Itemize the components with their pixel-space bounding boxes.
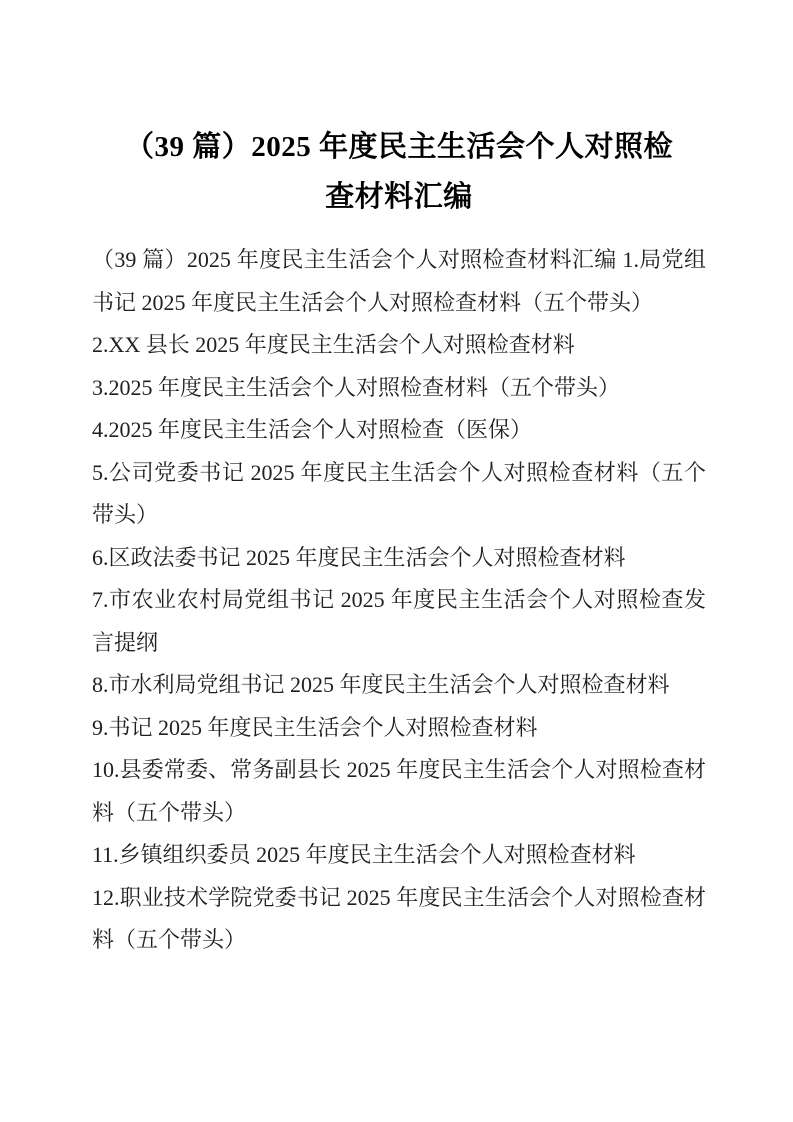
paragraph-item-4: 4.2025 年度民主生活会个人对照检查（医保） — [92, 409, 706, 452]
paragraph-item-10: 10.县委常委、常务副县长 2025 年度民主生活会个人对照检查材料（五个带头） — [92, 749, 706, 834]
paragraph-item-12: 12.职业技术学院党委书记 2025 年度民主生活会个人对照检查材料（五个带头） — [92, 877, 706, 962]
paragraph-item-3: 3.2025 年度民主生活会个人对照检查材料（五个带头） — [92, 367, 706, 410]
paragraph-item-8: 8.市水利局党组书记 2025 年度民主生活会个人对照检查材料 — [92, 664, 706, 707]
document-body: （39 篇）2025 年度民主生活会个人对照检查材料汇编 1.局党组书记 202… — [92, 239, 706, 962]
paragraph-intro-item-1: （39 篇）2025 年度民主生活会个人对照检查材料汇编 1.局党组书记 202… — [92, 239, 706, 324]
document-title: （39 篇）2025 年度民主生活会个人对照检查材料汇编 — [123, 122, 675, 222]
paragraph-item-7: 7.市农业农村局党组书记 2025 年度民主生活会个人对照检查发言提纲 — [92, 579, 706, 664]
paragraph-item-2: 2.XX 县长 2025 年度民主生活会个人对照检查材料 — [92, 324, 706, 367]
paragraph-item-5: 5.公司党委书记 2025 年度民主生活会个人对照检查材料（五个带头） — [92, 452, 706, 537]
paragraph-item-11: 11.乡镇组织委员 2025 年度民主生活会个人对照检查材料 — [92, 834, 706, 877]
paragraph-item-6: 6.区政法委书记 2025 年度民主生活会个人对照检查材料 — [92, 537, 706, 580]
document-page: （39 篇）2025 年度民主生活会个人对照检查材料汇编 （39 篇）2025 … — [0, 0, 793, 1122]
paragraph-item-9: 9.书记 2025 年度民主生活会个人对照检查材料 — [92, 707, 706, 750]
